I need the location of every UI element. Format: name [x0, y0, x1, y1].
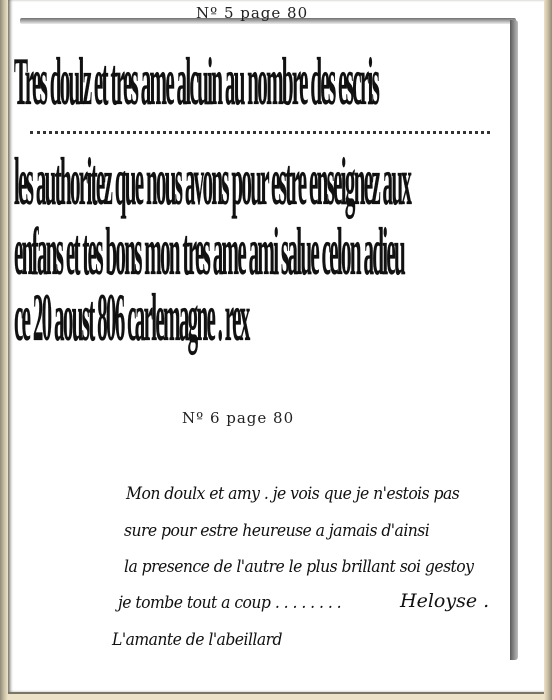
sample-2-line-2: sure pour estre heureuse a jamais d'ains…: [124, 521, 429, 541]
sample-1-line-4: ce 20 aoust 806 carlemagne . rex: [14, 292, 552, 342]
sample-2-caption: Nº 6 page 80: [182, 409, 294, 427]
sample-2-line-5: L'amante de l'abeillard: [112, 630, 282, 650]
sample-1-caption: Nº 5 page 80: [196, 4, 308, 22]
sample-1-line-3-text: enfans et tes bons mon tres ame ami salu…: [14, 217, 404, 285]
sample-2-line-4: je tombe tout a coup . . . . . . . .: [118, 593, 341, 613]
sample-2-line-3: la presence de l'autre le plus brillant …: [124, 557, 473, 577]
sample-1-line-1: Tres doulz et tres ame alcuin au nombre …: [14, 56, 552, 106]
sample-1-line-4-text: ce 20 aoust 806 carlemagne . rex: [14, 283, 249, 351]
sample-1-line-3: enfans et tes bons mon tres ame ami salu…: [14, 226, 552, 276]
sample-1-line-1-text: Tres doulz et tres ame alcuin au nombre …: [14, 47, 378, 115]
sample-2-line-1: Mon doulx et amy . je vois que je n'esto…: [126, 484, 459, 504]
dotted-rule: [30, 131, 490, 134]
sample-1-line-2-text: les authoritez que nous avons pour estre…: [14, 147, 410, 215]
sample-1-line-2: les authoritez que nous avons pour estre…: [14, 156, 552, 206]
signature: Heloyse .: [400, 590, 489, 612]
